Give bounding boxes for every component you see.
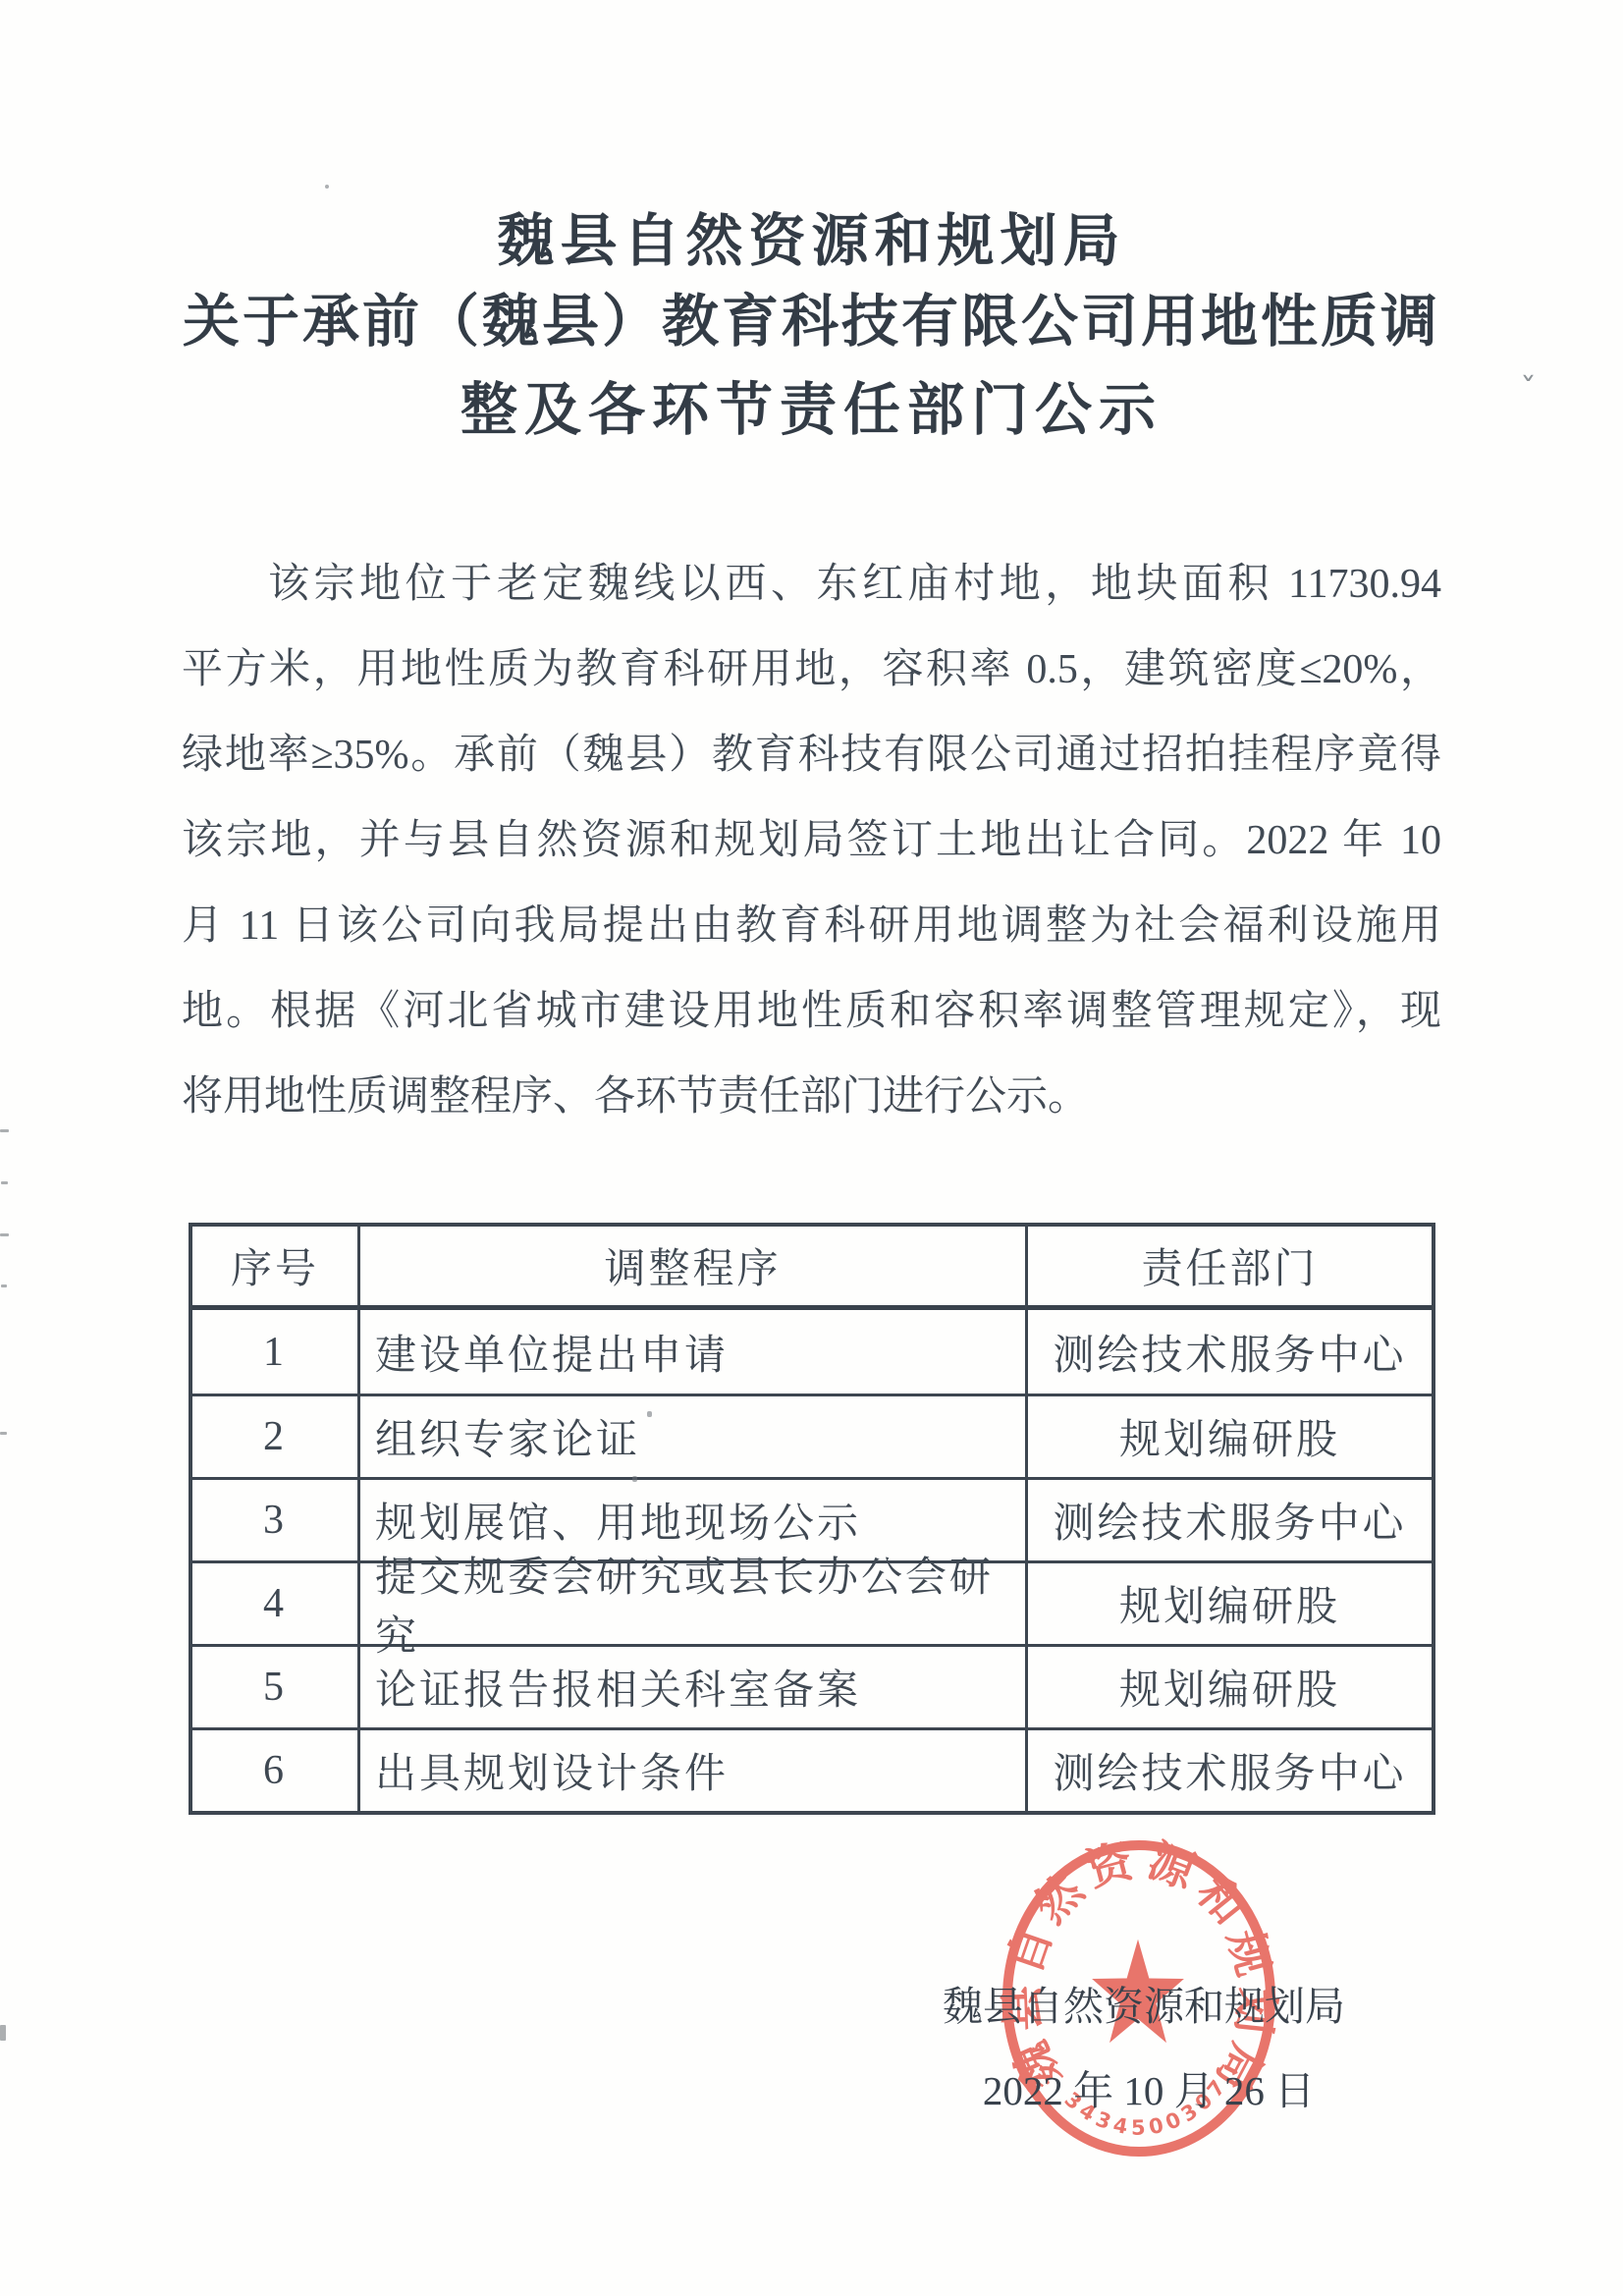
scan-edge-mark xyxy=(0,1432,7,1435)
body-line: 将用地性质调整程序、各环节责任部门进行公示。 xyxy=(182,1055,1441,1140)
document-page: 魏县自然资源和规划局 关于承前（魏县）教育科技有限公司用地性质调 整及各环节责任… xyxy=(0,0,1623,2296)
table-cell-no: 1 xyxy=(192,1310,357,1394)
table-header-procedure: 调整程序 xyxy=(357,1227,1025,1310)
signature-date: 2022 年 10 月 26 日 xyxy=(982,2058,1316,2116)
table-cell-department: 规划编研股 xyxy=(1025,1644,1432,1727)
table-cell-no: 4 xyxy=(192,1560,357,1644)
page-title-line-1: 魏县自然资源和规划局 xyxy=(182,210,1441,273)
table-cell-procedure: 组织专家论证 xyxy=(357,1394,1025,1477)
table-header-department: 责任部门 xyxy=(1025,1227,1432,1310)
table-cell-department: 规划编研股 xyxy=(1025,1560,1432,1644)
table-cell-procedure: 论证报告报相关科室备案 xyxy=(357,1644,1025,1727)
table-cell-no: 3 xyxy=(192,1477,357,1560)
table-cell-department: 测绘技术服务中心 xyxy=(1025,1477,1432,1560)
table-cell-procedure: 提交规委会研究或县长办公会研究 xyxy=(357,1560,1025,1644)
body-paragraph: 该宗地位于老定魏线以西、东红庙村地，地块面积 11730.94 平方米，用地性质… xyxy=(182,542,1441,1140)
body-line: 月 11 日该公司向我局提出由教育科研用地调整为社会福利设施用 xyxy=(182,884,1441,969)
scan-smudge-caron: ˇ xyxy=(1520,371,1537,410)
scan-edge-mark xyxy=(1,1285,7,1287)
table-cell-department: 测绘技术服务中心 xyxy=(1025,1310,1432,1394)
table-cell-department: 规划编研股 xyxy=(1025,1394,1432,1477)
scan-speck xyxy=(647,1411,652,1417)
body-line: 地。根据《河北省城市建设用地性质和容积率调整管理规定》，现 xyxy=(182,969,1441,1055)
table-cell-no: 5 xyxy=(192,1644,357,1727)
table-cell-procedure: 出具规划设计条件 xyxy=(357,1727,1025,1811)
table-header-no: 序号 xyxy=(192,1227,357,1310)
scan-edge-mark xyxy=(0,1233,9,1236)
scan-speck xyxy=(325,185,329,189)
body-line: 该宗地，并与县自然资源和规划局签订土地出让合同。2022 年 10 xyxy=(182,798,1441,884)
table-cell-procedure: 建设单位提出申请 xyxy=(357,1310,1025,1394)
scan-speck xyxy=(632,1476,637,1482)
signature-agency: 魏县自然资源和规划局 xyxy=(943,1974,1345,2032)
table-cell-department: 测绘技术服务中心 xyxy=(1025,1727,1432,1811)
body-line: 该宗地位于老定魏线以西、东红庙村地，地块面积 11730.94 xyxy=(182,542,1441,628)
scan-edge-mark xyxy=(0,2025,6,2041)
table-cell-no: 2 xyxy=(192,1394,357,1477)
body-line: 平方米，用地性质为教育科研用地，容积率 0.5，建筑密度≤20%， xyxy=(182,628,1441,713)
body-line: 绿地率≥35%。承前（魏县）教育科技有限公司通过招拍挂程序竟得 xyxy=(182,713,1441,798)
scan-edge-mark xyxy=(0,1129,9,1132)
scan-edge-mark xyxy=(1,1181,8,1184)
procedure-table: 序号 调整程序 责任部门 1 建设单位提出申请 测绘技术服务中心 2 组织专家论… xyxy=(189,1223,1435,1815)
page-title-line-3: 整及各环节责任部门公示 xyxy=(182,379,1441,442)
table-cell-no: 6 xyxy=(192,1727,357,1811)
page-title-line-2: 关于承前（魏县）教育科技有限公司用地性质调 xyxy=(182,291,1441,354)
